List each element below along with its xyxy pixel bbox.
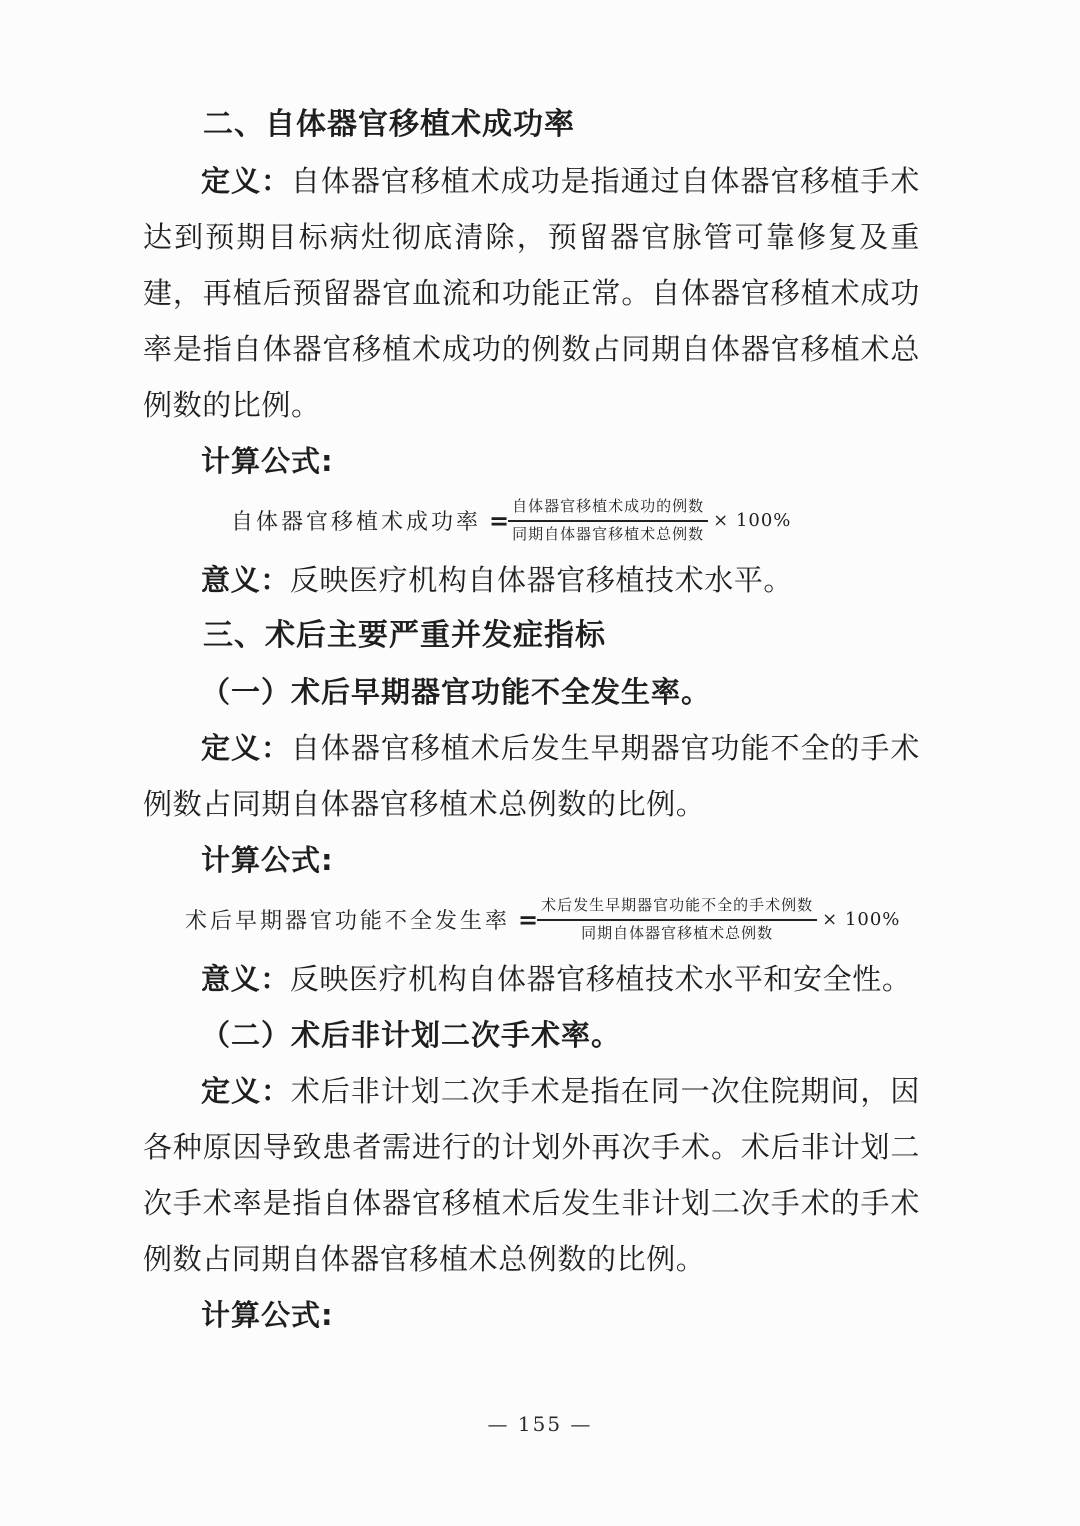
definition-text: 自体器官移植术成功是指通过自体器官移植手术达到预期目标病灶彻底清除，预留器官脉管… bbox=[143, 164, 920, 422]
page-number: — 155 — bbox=[0, 1412, 1080, 1436]
formula-2-multiplier: × 100% bbox=[822, 909, 900, 930]
significance-text: 反映医疗机构自体器官移植技术水平。 bbox=[290, 563, 793, 597]
section-heading-3: 三、术后主要严重并发症指标 bbox=[143, 608, 920, 664]
subsection-heading-3-1: （一）术后早期器官功能不全发生率。 bbox=[143, 664, 920, 720]
document-content: 二、自体器官移植术成功率 定义：自体器官移植术成功是指通过自体器官移植手术达到预… bbox=[143, 97, 920, 1343]
formula-2-fraction: 术后发生早期器官功能不全的手术例数 同期自体器官移植术总例数 bbox=[537, 895, 817, 945]
formula-2: 术后早期器官功能不全发生率 = 术后发生早期器官功能不全的手术例数 同期自体器官… bbox=[185, 888, 920, 951]
formula-2-lhs: 术后早期器官功能不全发生率 bbox=[185, 904, 510, 935]
document-page: 二、自体器官移植术成功率 定义：自体器官移植术成功是指通过自体器官移植手术达到预… bbox=[0, 0, 1080, 1526]
formula-label-3: 计算公式: bbox=[143, 1287, 920, 1343]
formula-2-denominator: 同期自体器官移植术总例数 bbox=[577, 921, 777, 945]
formula-1-multiplier: × 100% bbox=[713, 510, 791, 531]
section-heading-2: 二、自体器官移植术成功率 bbox=[143, 97, 920, 153]
formula-1-lhs: 自体器官移植术成功率 bbox=[231, 505, 481, 536]
formula-label-1: 计算公式: bbox=[143, 433, 920, 489]
definition-label: 定义： bbox=[201, 731, 291, 765]
definition-paragraph-1: 定义：自体器官移植术成功是指通过自体器官移植手术达到预期目标病灶彻底清除，预留器… bbox=[143, 153, 920, 433]
formula-1-equals-sign: = bbox=[489, 507, 509, 535]
formula-2-equals-sign: = bbox=[518, 906, 538, 934]
definition-label: 定义： bbox=[201, 1074, 291, 1108]
formula-1-denominator: 同期自体器官移植术总例数 bbox=[508, 522, 708, 546]
significance-paragraph-1: 意义：反映医疗机构自体器官移植技术水平。 bbox=[143, 552, 920, 608]
significance-text: 反映医疗机构自体器官移植技术水平和安全性。 bbox=[290, 962, 912, 996]
definition-paragraph-2: 定义：自体器官移植术后发生早期器官功能不全的手术例数占同期自体器官移植术总例数的… bbox=[143, 720, 920, 832]
formula-label-2: 计算公式: bbox=[143, 832, 920, 888]
formula-2-numerator: 术后发生早期器官功能不全的手术例数 bbox=[537, 895, 817, 921]
subsection-heading-3-2: （二）术后非计划二次手术率。 bbox=[143, 1007, 920, 1063]
significance-paragraph-2: 意义：反映医疗机构自体器官移植技术水平和安全性。 bbox=[143, 951, 920, 1007]
significance-label: 意义： bbox=[201, 563, 290, 597]
definition-paragraph-3: 定义：术后非计划二次手术是指在同一次住院期间，因各种原因导致患者需进行的计划外再… bbox=[143, 1063, 920, 1287]
definition-label: 定义： bbox=[201, 164, 291, 198]
formula-1: 自体器官移植术成功率 = 自体器官移植术成功的例数 同期自体器官移植术总例数 ×… bbox=[231, 489, 920, 552]
formula-1-fraction: 自体器官移植术成功的例数 同期自体器官移植术总例数 bbox=[508, 496, 708, 546]
formula-1-numerator: 自体器官移植术成功的例数 bbox=[508, 496, 708, 522]
significance-label: 意义： bbox=[201, 962, 290, 996]
